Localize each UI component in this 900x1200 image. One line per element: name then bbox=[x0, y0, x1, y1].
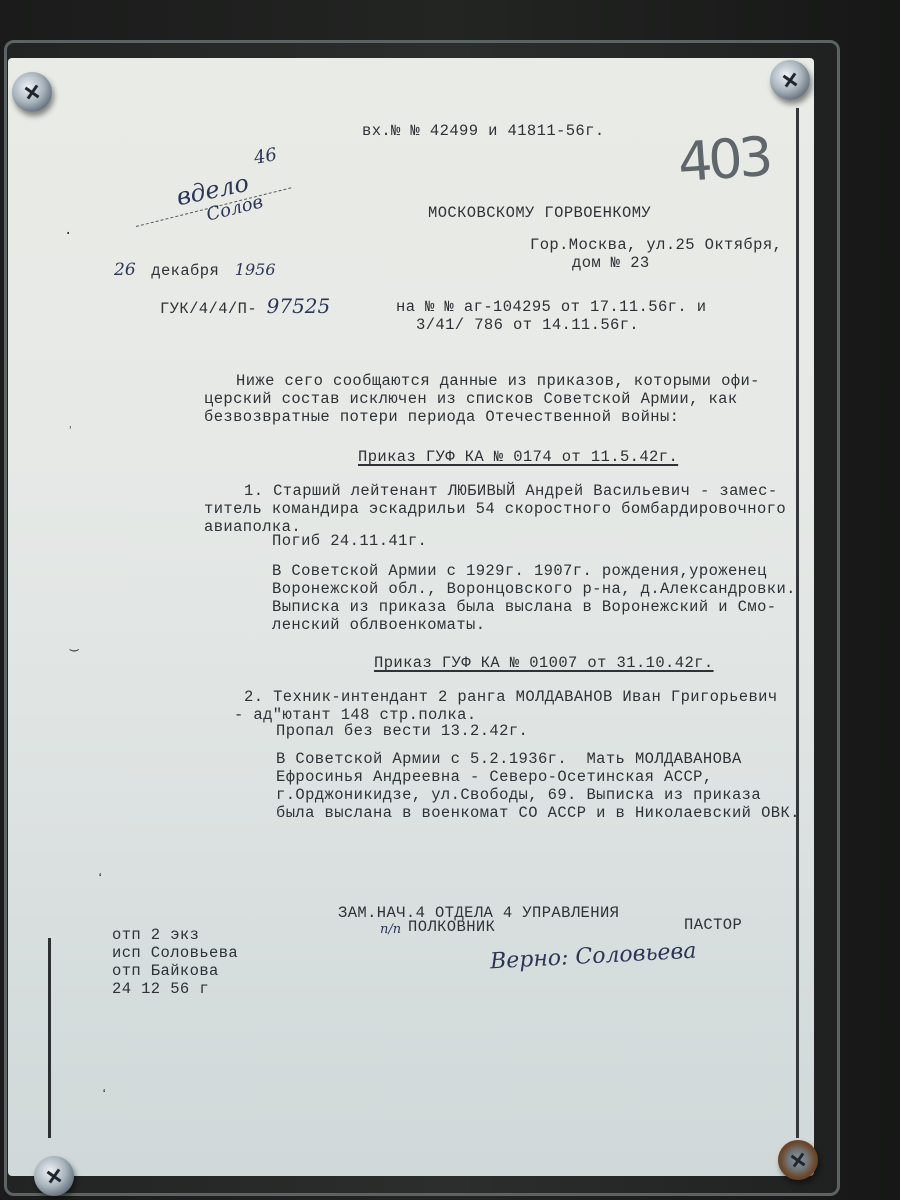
ink-speck: ‿ bbox=[70, 636, 78, 653]
detail-line: В Советской Армии с 5.2.1936г. Мать МОЛД… bbox=[276, 750, 742, 768]
mounting-screw-bottom-right bbox=[778, 1140, 818, 1180]
address-line-1: Гор.Москва, ул.25 Октября, bbox=[530, 236, 782, 254]
reply-reference-line-1: на № № аг-104295 от 17.11.56г. и bbox=[396, 298, 706, 316]
intro-line: церский состав исключен из списков Совет… bbox=[204, 390, 738, 408]
mounting-screw-bottom-left bbox=[34, 1156, 74, 1196]
entry-line: 1. Старший лейтенант ЛЮБИВЫЙ Андрей Васи… bbox=[244, 482, 778, 500]
left-margin-line bbox=[48, 938, 51, 1138]
addressee: МОСКОВСКОМУ ГОРВОЕНКОМУ bbox=[428, 204, 651, 222]
mounting-screw-top-left bbox=[12, 72, 52, 112]
rank-prefix: п/п bbox=[380, 922, 401, 937]
document-sheet: вх.№ № 42499 и 41811-56г. 403 вдело 46 С… bbox=[8, 58, 814, 1176]
entry-line: 2. Техник-интендант 2 ранга МОЛДАВАНОВ И… bbox=[244, 688, 778, 706]
footer-line: отп Байкова bbox=[112, 962, 219, 980]
casualty-status: Пропал без вести 13.2.42г. bbox=[276, 722, 528, 740]
detail-line: г.Орджоникидзе, ул.Свободы, 69. Выписка … bbox=[276, 786, 761, 804]
date-year: 1956 bbox=[235, 260, 276, 279]
intro-line: безвозвратные потери периода Отечественн… bbox=[204, 408, 679, 426]
outgoing-reference: ГУК/4/4/П- 97525 bbox=[160, 294, 330, 318]
signatory-name: ПАСТОР bbox=[684, 916, 742, 934]
mounting-screw-top-right bbox=[770, 60, 810, 100]
address-line-2: дом № 23 bbox=[572, 254, 650, 272]
detail-line: ленский облвоенкоматы. bbox=[272, 616, 485, 634]
detail-line: В Советской Армии с 1929г. 1907г. рожден… bbox=[272, 562, 767, 580]
footer-line: исп Соловьева bbox=[112, 944, 238, 962]
certification-signature: Верно: Соловьева bbox=[489, 939, 696, 975]
entry-line: титель командира эскадрильи 54 скоростно… bbox=[204, 500, 786, 518]
intro-line: Ниже сего сообщаются данные из приказов,… bbox=[236, 372, 760, 390]
signatory-rank: ПОЛКОВНИК bbox=[408, 918, 495, 936]
detail-line: была выслана в военкомат СО АССР и в Ник… bbox=[276, 804, 800, 822]
ink-speck: ˒ bbox=[66, 418, 74, 434]
filing-note-superscript: 46 bbox=[252, 144, 278, 169]
footer-line: отп 2 экз bbox=[112, 926, 199, 944]
archive-page-number: 403 bbox=[676, 125, 771, 194]
detail-line: Ефросинья Андреевна - Северо-Осетинская … bbox=[276, 768, 713, 786]
casualty-status: Погиб 24.11.41г. bbox=[272, 532, 427, 550]
right-margin-line bbox=[796, 108, 799, 1138]
detail-line: Воронежской обл., Воронцовского р-на, д.… bbox=[272, 580, 796, 598]
order-title: Приказ ГУФ КА № 0174 от 11.5.42г. bbox=[358, 448, 678, 466]
document-date: 26 декабря 1956 bbox=[114, 260, 276, 280]
incoming-number: вх.№ № 42499 и 41811-56г. bbox=[362, 122, 605, 140]
outgoing-ref-prefix: ГУК/4/4/П- bbox=[160, 300, 257, 318]
outgoing-ref-number: 97525 bbox=[267, 294, 331, 318]
ink-speck: ʻ bbox=[100, 1088, 108, 1104]
footer-line: 24 12 56 г bbox=[112, 980, 209, 998]
ink-speck: · bbox=[64, 226, 72, 242]
reply-reference-line-2: 3/41/ 786 от 14.11.56г. bbox=[416, 316, 639, 334]
order-title: Приказ ГУФ КА № 01007 от 31.10.42г. bbox=[374, 654, 714, 672]
detail-line: Выписка из приказа была выслана в Вороне… bbox=[272, 598, 776, 616]
ink-speck: ʻ bbox=[96, 872, 104, 888]
date-day: 26 bbox=[114, 260, 136, 280]
date-month: декабря bbox=[151, 262, 219, 280]
